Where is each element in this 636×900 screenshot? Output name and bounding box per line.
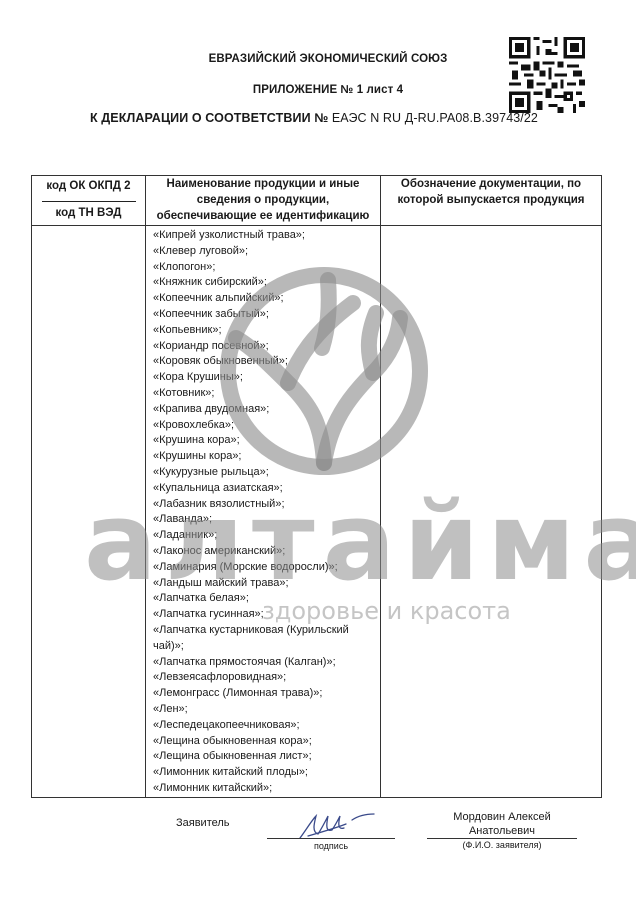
list-item: «Леспедецакопеечниковая»; (153, 718, 380, 734)
list-item: «Лапчатка кустарниковая (Курильский чай)… (153, 623, 380, 655)
column-header-codes: код ОК ОКПД 2 код ТН ВЭД (32, 176, 146, 226)
list-item: «Лимонник китайский плоды»; (153, 765, 380, 781)
name-line (427, 838, 577, 839)
list-item: «Княжник сибирский»; (153, 275, 380, 291)
watermark-brand: алтаймаг (84, 488, 636, 598)
list-item: «Крапива двудомная»; (153, 402, 380, 418)
list-item: «Лещина обыкновенная кора»; (153, 734, 380, 750)
list-item: «Клопогон»; (153, 260, 380, 276)
list-item: «Лимонник китайский»; (153, 781, 380, 797)
list-item: «Кукурузные рыльца»; (153, 465, 380, 481)
list-item: «Лемонграсс (Лимонная трава)»; (153, 686, 380, 702)
list-item: «Кора Крушины»; (153, 370, 380, 386)
column-header-documentation: Обозначение документации, по которой вып… (381, 176, 602, 226)
list-item: «Левзеясафлоровидная»; (153, 670, 380, 686)
list-item: «Кровохлебка»; (153, 418, 380, 434)
list-item: «Крушины кора»; (153, 449, 380, 465)
list-item: «Кориандр посевной»; (153, 339, 380, 355)
column-header-tnved: код ТН ВЭД (32, 205, 145, 221)
declaration-appendix-page: ЕВРАЗИЙСКИЙ ЭКОНОМИЧЕСКИЙ СОЮЗ ПРИЛОЖЕНИ… (0, 0, 636, 900)
applicant-label: Заявитель (176, 817, 230, 829)
declaration-label: К ДЕКЛАРАЦИИ О СООТВЕТСТВИИ № (90, 111, 332, 125)
name-caption: (Ф.И.О. заявителя) (427, 840, 577, 850)
list-item: «Клевер луговой»; (153, 244, 380, 260)
list-item: «Лещина обыкновенная лист»; (153, 749, 380, 765)
column-header-okpd: код ОК ОКПД 2 (32, 178, 145, 194)
signature-line (267, 838, 395, 839)
list-item: «Лапчатка прямостоячая (Калган)»; (153, 655, 380, 671)
column-header-product-name: Наименование продукции и иные сведения о… (146, 176, 381, 226)
list-item: «Копеечник альпийский»; (153, 291, 380, 307)
code-divider (42, 201, 136, 202)
list-item: «Лен»; (153, 702, 380, 718)
applicant-name-line1: Мордовин Алексей (427, 810, 577, 824)
list-item: «Кипрей узколистный трава»; (153, 228, 380, 244)
declaration-number: ЕАЭС N RU Д-RU.PA08.B.39743/22 (332, 111, 538, 125)
list-item: «Крушина кора»; (153, 433, 380, 449)
list-item: «Копеечник забытый»; (153, 307, 380, 323)
list-item: «Коровяк обыкновенный»; (153, 354, 380, 370)
table-header-row: код ОК ОКПД 2 код ТН ВЭД Наименование пр… (32, 176, 602, 226)
declaration-title: К ДЕКЛАРАЦИИ О СООТВЕТСТВИИ № ЕАЭС N RU … (0, 111, 632, 125)
watermark-slogan: здоровье и красота (262, 597, 511, 625)
signature-caption: подпись (267, 841, 395, 851)
qr-code-icon (509, 37, 585, 113)
list-item: «Копьевник»; (153, 323, 380, 339)
applicant-name-line2: Анатольевич (427, 824, 577, 838)
list-item: «Котовник»; (153, 386, 380, 402)
applicant-name: Мордовин Алексей Анатольевич (427, 810, 577, 838)
